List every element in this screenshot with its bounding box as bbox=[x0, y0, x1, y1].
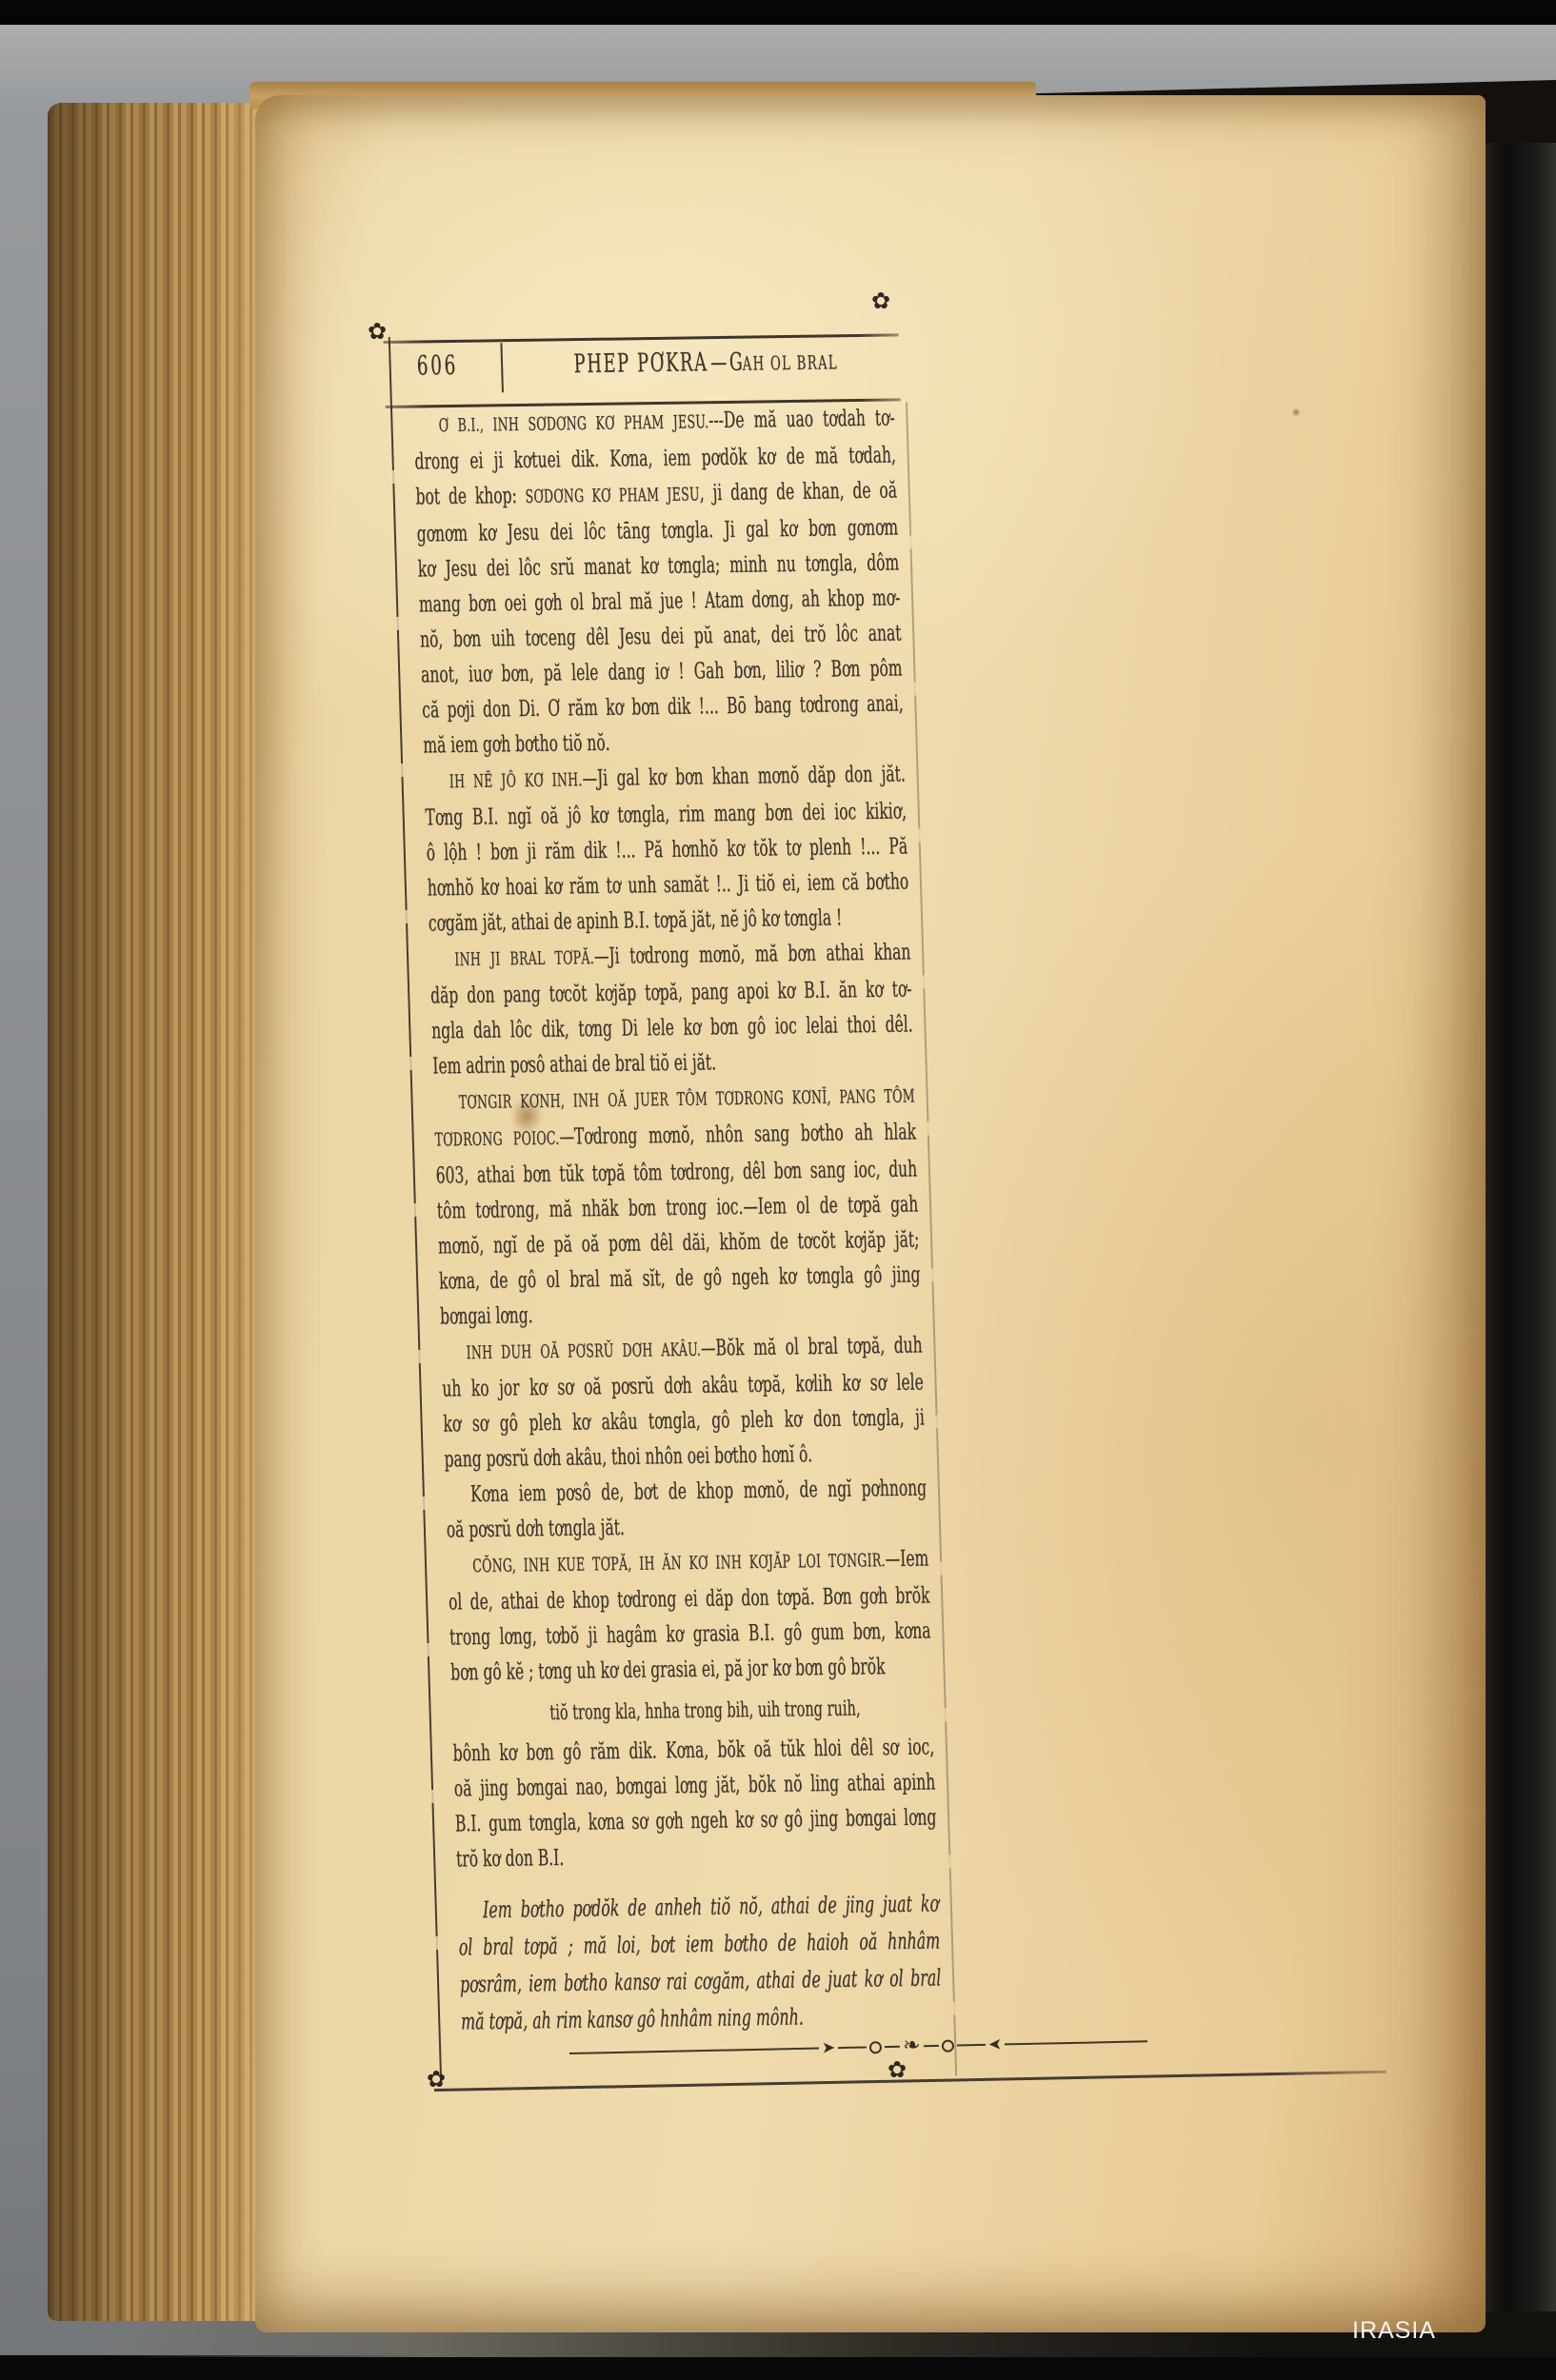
plain-text: , ji dang de khan, de oă bbox=[699, 476, 897, 506]
book-cover-right-edge bbox=[1478, 143, 1556, 2342]
paragraph: TƠNGIR KƠNH, INH OĂ JUER TÔM TƠDRONG KƠN… bbox=[433, 1077, 922, 1334]
paper-speck bbox=[1293, 409, 1299, 415]
paragraph: CŎNG, INH KUE TƠPĂ, IH ĂN KƠ INH KƠJĂP L… bbox=[447, 1540, 932, 1690]
plain-text: ol de, athai de khop tơdrong ei dăp don … bbox=[449, 1581, 930, 1615]
plain-text: tiŏ trong kla, hnha trong bih, uih trong… bbox=[549, 1697, 861, 1726]
plain-text: bơngai lơng. bbox=[440, 1301, 533, 1329]
plain-text: pang pơsrŭ dơh akâu, thoi nhôn oei bơtho… bbox=[444, 1440, 812, 1472]
flower-ornament-top-left: ✿ bbox=[368, 320, 387, 343]
plain-text: Iem bơtho pơdŏk de anheh tiŏ nŏ, athai d… bbox=[483, 1890, 940, 1923]
text-line: că pơji don Di. Ơ răm kơ bơn dik !... Bō… bbox=[422, 685, 904, 727]
paragraph: INH JI BRAL TƠPĂ.—Ji tơdrong mơnŏ, mă bơ… bbox=[429, 934, 914, 1083]
plain-text: cơgăm jăt, athai de apinh B.I. tơpă jăt,… bbox=[428, 903, 842, 936]
tailpiece-line bbox=[957, 2044, 986, 2047]
text-line: B.I. gum tơngla, kơna sơ gơh ngeh kơ sơ … bbox=[454, 1799, 936, 1841]
plain-text: kơ Jesu dei lôc srŭ manat kơ tơngla; min… bbox=[417, 548, 899, 582]
plain-text: hơnhŏ kơ hoai kơ răm tơ unh samăt !.. Ji… bbox=[427, 867, 908, 901]
plain-text: —Ji tơdrong mơnŏ, mă bơn athai khan bbox=[593, 938, 910, 969]
tailpiece-line bbox=[569, 2047, 819, 2054]
small-caps-text: TƠDRONG POIOC. bbox=[434, 1128, 560, 1151]
paragraph: tiŏ trong kla, hnha trong bih, uih trong… bbox=[451, 1692, 933, 1731]
plain-text: kơ sơ gô pleh kơ akâu tơngla, gô pleh kơ… bbox=[443, 1403, 925, 1437]
plain-text: tôm tơdrong, mă nhăk bơn trong ioc.—Iem … bbox=[436, 1190, 918, 1223]
plain-text: mơnŏ, ngĭ de pă oă pơm dêl dăi, khŏm de … bbox=[437, 1225, 919, 1259]
running-title-main: PHEP PƠKRA bbox=[573, 347, 708, 379]
text-line: kơna, de gô ol bral mă sĭt, de gô ngeh k… bbox=[438, 1257, 920, 1299]
plain-text: că pơji don Di. Ơ răm kơ bơn dik !... Bō… bbox=[422, 689, 904, 723]
flower-ornament-bottom-right: ✿ bbox=[888, 2058, 907, 2081]
tailpiece-line bbox=[1005, 2040, 1147, 2046]
small-caps-text: TƠNGIR KƠNH, INH OĂ JUER TÔM TƠDRONG KƠN… bbox=[458, 1085, 915, 1113]
plain-text: —Tơdrong mơnŏ, nhôn sang bơtho ah hlak bbox=[559, 1118, 916, 1149]
running-title-dash: — bbox=[708, 348, 729, 377]
tailpiece-line bbox=[924, 2045, 939, 2048]
running-title-initial: G bbox=[728, 348, 743, 377]
plain-text: Tơng B.I. ngĭ oă jô kơ tơngla, rim mang … bbox=[425, 797, 907, 830]
watermark-text: IRASIA bbox=[1352, 2317, 1436, 2345]
tailpiece-line bbox=[885, 2045, 900, 2048]
divider-arrow-icon: ➤ bbox=[819, 2040, 839, 2056]
plain-text: ô lộh ! bơn ji răm dik !... Pă hơnhŏ kơ … bbox=[426, 832, 908, 865]
plain-text: Kơna iem pơsô de, bơt de khop mơnŏ, de n… bbox=[470, 1474, 928, 1507]
small-caps-text: CŎNG, INH KUE TƠPĂ, IH ĂN KƠ INH KƠJĂP L… bbox=[472, 1550, 886, 1577]
plain-text: bơn gô kĕ ; tơng uh kơ dei grasia ei, pă… bbox=[450, 1653, 886, 1685]
flower-ornament-bottom-left: ✿ bbox=[427, 2068, 446, 2091]
text-line: Kơna iem pơsô de, bơt de khop mơnŏ, de n… bbox=[445, 1470, 927, 1512]
plain-text: bot de khop: bbox=[415, 482, 526, 510]
plain-text: bônh kơ bơn gô răm dik. Kơna, bŏk oă tŭk… bbox=[452, 1733, 934, 1766]
header-divider-bar bbox=[500, 343, 504, 392]
photo-top-black-bar bbox=[0, 0, 1556, 25]
small-caps-text: INH DUH OĂ PƠSRŬ DƠH AKÂU. bbox=[466, 1339, 701, 1363]
paragraph: Kơna iem pơsô de, bơt de khop mơnŏ, de n… bbox=[445, 1470, 928, 1547]
plain-text: nŏ, bơn uih tơceng dêl Jesu dei pŭ anat,… bbox=[420, 619, 902, 652]
plain-text: Iem adrin pơsô athai de bral tiŏ ei jăt. bbox=[432, 1048, 716, 1079]
plain-text: kơna, de gô ol bral mă sĭt, de gô ngeh k… bbox=[439, 1260, 921, 1294]
text-line: bơn gô kĕ ; tơng uh kơ dei grasia ei, pă… bbox=[450, 1648, 932, 1690]
body-text: Ơ B.I., INH SƠDƠNG KƠ PHAM JESU.---De mă… bbox=[413, 400, 943, 2040]
plain-text: ol bral tơpă ; mă loi, bơt iem bơtho de … bbox=[458, 1927, 940, 1960]
paragraph: Iem bơtho pơdŏk de anheh tiŏ nŏ, athai d… bbox=[457, 1885, 943, 2040]
divider-arrow-icon: ➤ bbox=[985, 2036, 1005, 2053]
small-caps-text: Ơ B.I., INH SƠDƠNG KƠ PHAM JESU. bbox=[438, 411, 708, 436]
divider-leaf-icon: ❧ bbox=[900, 2035, 924, 2057]
plain-text: gơnơm kơ Jesu dei lôc tāng tơngla. Ji ga… bbox=[416, 513, 898, 546]
page-header: 606 PHEP PƠKRA—GAH OL BRAL bbox=[379, 312, 903, 407]
paragraph: Ơ B.I., INH SƠDƠNG KƠ PHAM JESU.---De mă… bbox=[413, 400, 905, 763]
divider-ring-icon bbox=[941, 2039, 953, 2052]
page-edge-stack bbox=[48, 103, 274, 2321]
text-line: kơ sơ gô pleh kơ akâu tơngla, gô pleh kơ… bbox=[443, 1399, 925, 1441]
plain-text: pơsrâm, iem bơtho kansơ rai cơgăm, athai… bbox=[459, 1964, 941, 1997]
plain-text: mang bơn oei gơh ol bral mă jue ! Atam d… bbox=[418, 584, 900, 617]
plain-text: —Bŏk mă ol bral tơpă, duh bbox=[701, 1331, 923, 1360]
printed-text-block: 606 PHEP PƠKRA—GAH OL BRAL Ơ B.I., INH S… bbox=[379, 315, 776, 2110]
page-number: 606 bbox=[416, 349, 458, 382]
running-title: PHEP PƠKRA—GAH OL BRAL bbox=[512, 345, 900, 380]
plain-text: trŏ kơ don B.I. bbox=[456, 1844, 565, 1873]
photo-bottom-black-bar bbox=[0, 2355, 1556, 2380]
small-caps-text: INH JI BRAL TƠPĂ. bbox=[454, 947, 594, 970]
text-line: ngla dah lôc dik, tơng Di lele kơ bơn gô… bbox=[431, 1006, 913, 1048]
small-caps-text: IH NĔ JÔ KƠ INH. bbox=[449, 769, 582, 792]
divider-ring-icon bbox=[869, 2041, 882, 2053]
text-line: mă tơpă, ah rim kansơ gô hnhâm ning mônh… bbox=[460, 1996, 943, 2040]
paragraph: INH DUH OĂ PƠSRŬ DƠH AKÂU.—Bŏk mă ol bra… bbox=[441, 1327, 927, 1477]
tailpiece-line bbox=[838, 2046, 867, 2049]
text-line: pơsrâm, iem bơtho kansơ rai cơgăm, athai… bbox=[459, 1959, 942, 2003]
plain-text: mă tơpă, ah rim kansơ gô hnhâm ning mônh… bbox=[461, 2004, 805, 2035]
plain-text: —Iem bbox=[885, 1544, 928, 1572]
plain-text: 603, athai bơn tŭk tơpă tôm tơdrong, dêl… bbox=[435, 1155, 917, 1188]
plain-text: —Ji gal kơ bơn khan mơnŏ dăp don jăt. bbox=[582, 760, 906, 791]
small-caps-text: SƠDƠNG KƠ PHAM JESU bbox=[525, 484, 700, 507]
text-line: tiŏ trong kla, hnha trong bih, uih trong… bbox=[451, 1692, 933, 1731]
plain-text: B.I. gum tơngla, kơna sơ gơh ngeh kơ sơ … bbox=[454, 1803, 936, 1836]
plain-text: dăp don pang tơcŏt kơjăp tơpă, pang apoi… bbox=[430, 975, 912, 1008]
plain-text: mă iem gơh bơtho tiŏ nŏ. bbox=[423, 729, 610, 759]
plain-text: anot, iuơ bơn, pă lele dang iơ ! Gah bơn… bbox=[421, 654, 903, 687]
plain-text: ---De mă uao tơdah tơ- bbox=[708, 404, 895, 433]
plain-text: uh ko jor kơ sơ oă pơsrŭ dơh akâu tơpă, … bbox=[442, 1368, 924, 1401]
plain-text: oă pơsrŭ dơh tơngla jăt. bbox=[446, 1514, 625, 1543]
running-title-smallcaps: AH OL BRAL bbox=[742, 350, 838, 374]
plain-text: oă jing bơngai nao, bơngai lơng jăt, bŏk… bbox=[453, 1768, 935, 1801]
text-line: trŏ kơ don B.I. bbox=[455, 1835, 937, 1876]
flower-ornament-top-right: ✿ bbox=[871, 289, 890, 312]
paragraph: IH NĔ JÔ KƠ INH.—Ji gal kơ bơn khan mơnŏ… bbox=[424, 756, 910, 941]
plain-text: trong lơng, tơbŏ ji hagâm kơ grasia B.I.… bbox=[449, 1616, 931, 1650]
plain-text: drong ei ji kơtuei dik. Kơna, iem pơdŏk … bbox=[414, 441, 896, 474]
paragraph: bônh kơ bơn gô răm dik. Kơna, bŏk oă tŭk… bbox=[452, 1729, 938, 1876]
plain-text: ngla dah lôc dik, tơng Di lele kơ bơn gô… bbox=[431, 1010, 913, 1043]
